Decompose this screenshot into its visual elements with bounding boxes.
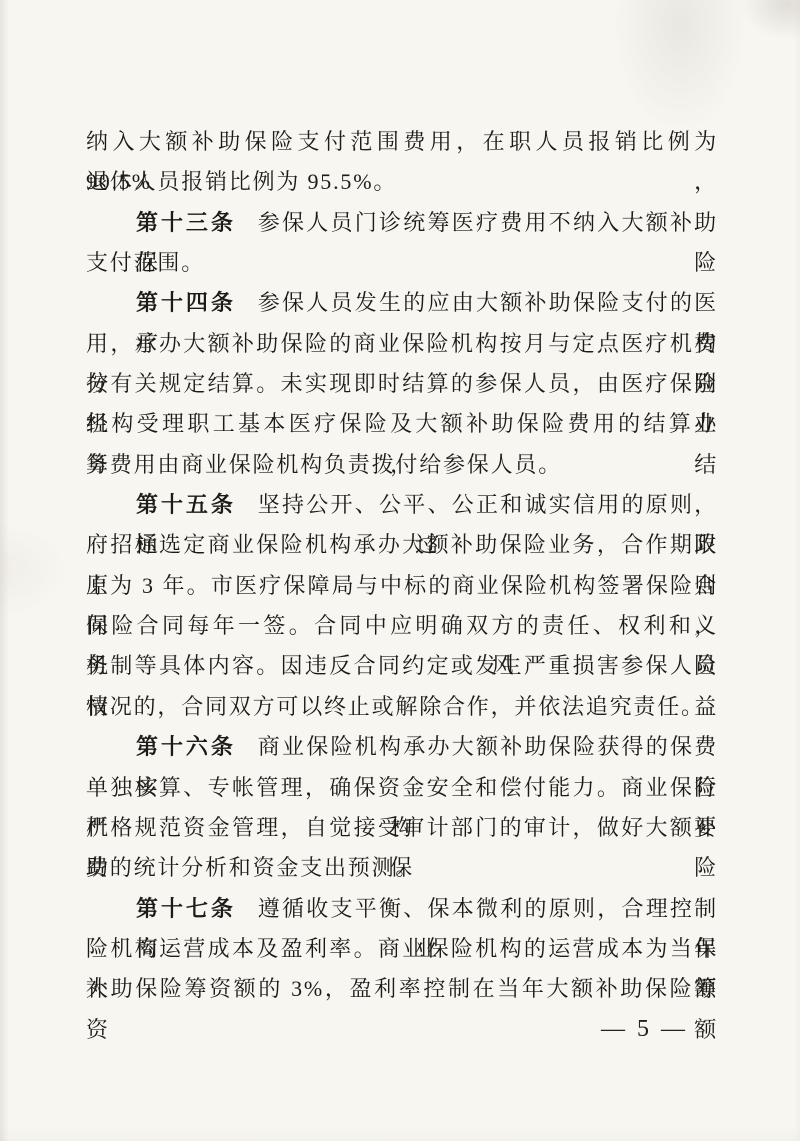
paragraph: 第十五条坚持公开、公平、公正和诚实信用的原则，通过政府招标选定商业保险机构承办大… bbox=[86, 485, 718, 727]
document-page: 纳入大额补助保险支付范围费用，在职人员报销比例为 90.5%，退休人员报销比例为… bbox=[0, 0, 800, 1141]
text-line: 机构受理职工基本医疗保险及大额补助保险费用的结算业务，结 bbox=[86, 404, 718, 444]
article-number: 第十四条 bbox=[136, 290, 236, 315]
page-number: — 5 — bbox=[601, 1016, 688, 1043]
text-line: 按有关规定结算。未实现即时结算的参保人员，由医疗保险经办 bbox=[86, 364, 718, 404]
paragraph: 第十三条参保人员门诊统筹医疗费用不纳入大额补助保险支付范围。 bbox=[86, 203, 718, 284]
text-line: 情况的，合同双方可以终止或解除合作，并依法追究责任。 bbox=[86, 687, 718, 727]
text-line: 府招标选定商业保险机构承办大额补助保险业务，合作期限原则 bbox=[86, 525, 718, 565]
text-line: 第十五条坚持公开、公平、公正和诚实信用的原则，通过政 bbox=[86, 485, 718, 525]
paragraph: 第十七条遵循收支平衡、保本微利的原则，合理控制商业保险机构运营成本及盈利率。商业… bbox=[86, 889, 718, 1010]
text-line: 严格规范资金管理，自觉接受审计部门的审计，做好大额补助保险 bbox=[86, 808, 718, 848]
text-line: 上为 3 年。市医疗保障局与中标的商业保险机构签署保险合同， bbox=[86, 566, 718, 606]
text-line: 第十七条遵循收支平衡、保本微利的原则，合理控制商业保 bbox=[86, 889, 718, 929]
paragraph: 纳入大额补助保险支付范围费用，在职人员报销比例为 90.5%，退休人员报销比例为… bbox=[86, 122, 718, 203]
text-line: 用，承办大额补助保险的商业保险机构按月与定点医疗机构分别 bbox=[86, 324, 718, 364]
text-line: 纳入大额补助保险支付范围费用，在职人员报销比例为 90.5%， bbox=[86, 122, 718, 162]
text-line: 第十四条参保人员发生的应由大额补助保险支付的医疗费 bbox=[86, 283, 718, 323]
text-line: 单独核算、专帐管理，确保资金安全和偿付能力。商业保险机构要 bbox=[86, 768, 718, 808]
text-line: 补助保险筹资额的 3%，盈利率控制在当年大额补助保险筹资额 bbox=[86, 969, 718, 1009]
paragraph: 第十六条商业保险机构承办大额补助保险获得的保费实行单独核算、专帐管理，确保资金安… bbox=[86, 727, 718, 888]
text-line: 第十六条商业保险机构承办大额补助保险获得的保费实行 bbox=[86, 727, 718, 767]
scan-smudge bbox=[740, 0, 800, 40]
text-line: 第十三条参保人员门诊统筹医疗费用不纳入大额补助保险 bbox=[86, 203, 718, 243]
document-body: 纳入大额补助保险支付范围费用，在职人员报销比例为 90.5%，退休人员报销比例为… bbox=[86, 122, 718, 1010]
article-number: 第十六条 bbox=[136, 734, 236, 759]
article-number: 第十五条 bbox=[136, 492, 236, 517]
article-number: 第十七条 bbox=[136, 896, 236, 921]
text-line: 机制等具体内容。因违反合同约定或发生严重损害参保人员权益 bbox=[86, 646, 718, 686]
paragraph: 第十四条参保人员发生的应由大额补助保险支付的医疗费用，承办大额补助保险的商业保险… bbox=[86, 283, 718, 485]
article-number: 第十三条 bbox=[136, 210, 236, 235]
text-line: 险机构运营成本及盈利率。商业保险机构的运营成本为当年大额 bbox=[86, 929, 718, 969]
text-line: 保险合同每年一签。合同中应明确双方的责任、权利和义务、风险 bbox=[86, 606, 718, 646]
